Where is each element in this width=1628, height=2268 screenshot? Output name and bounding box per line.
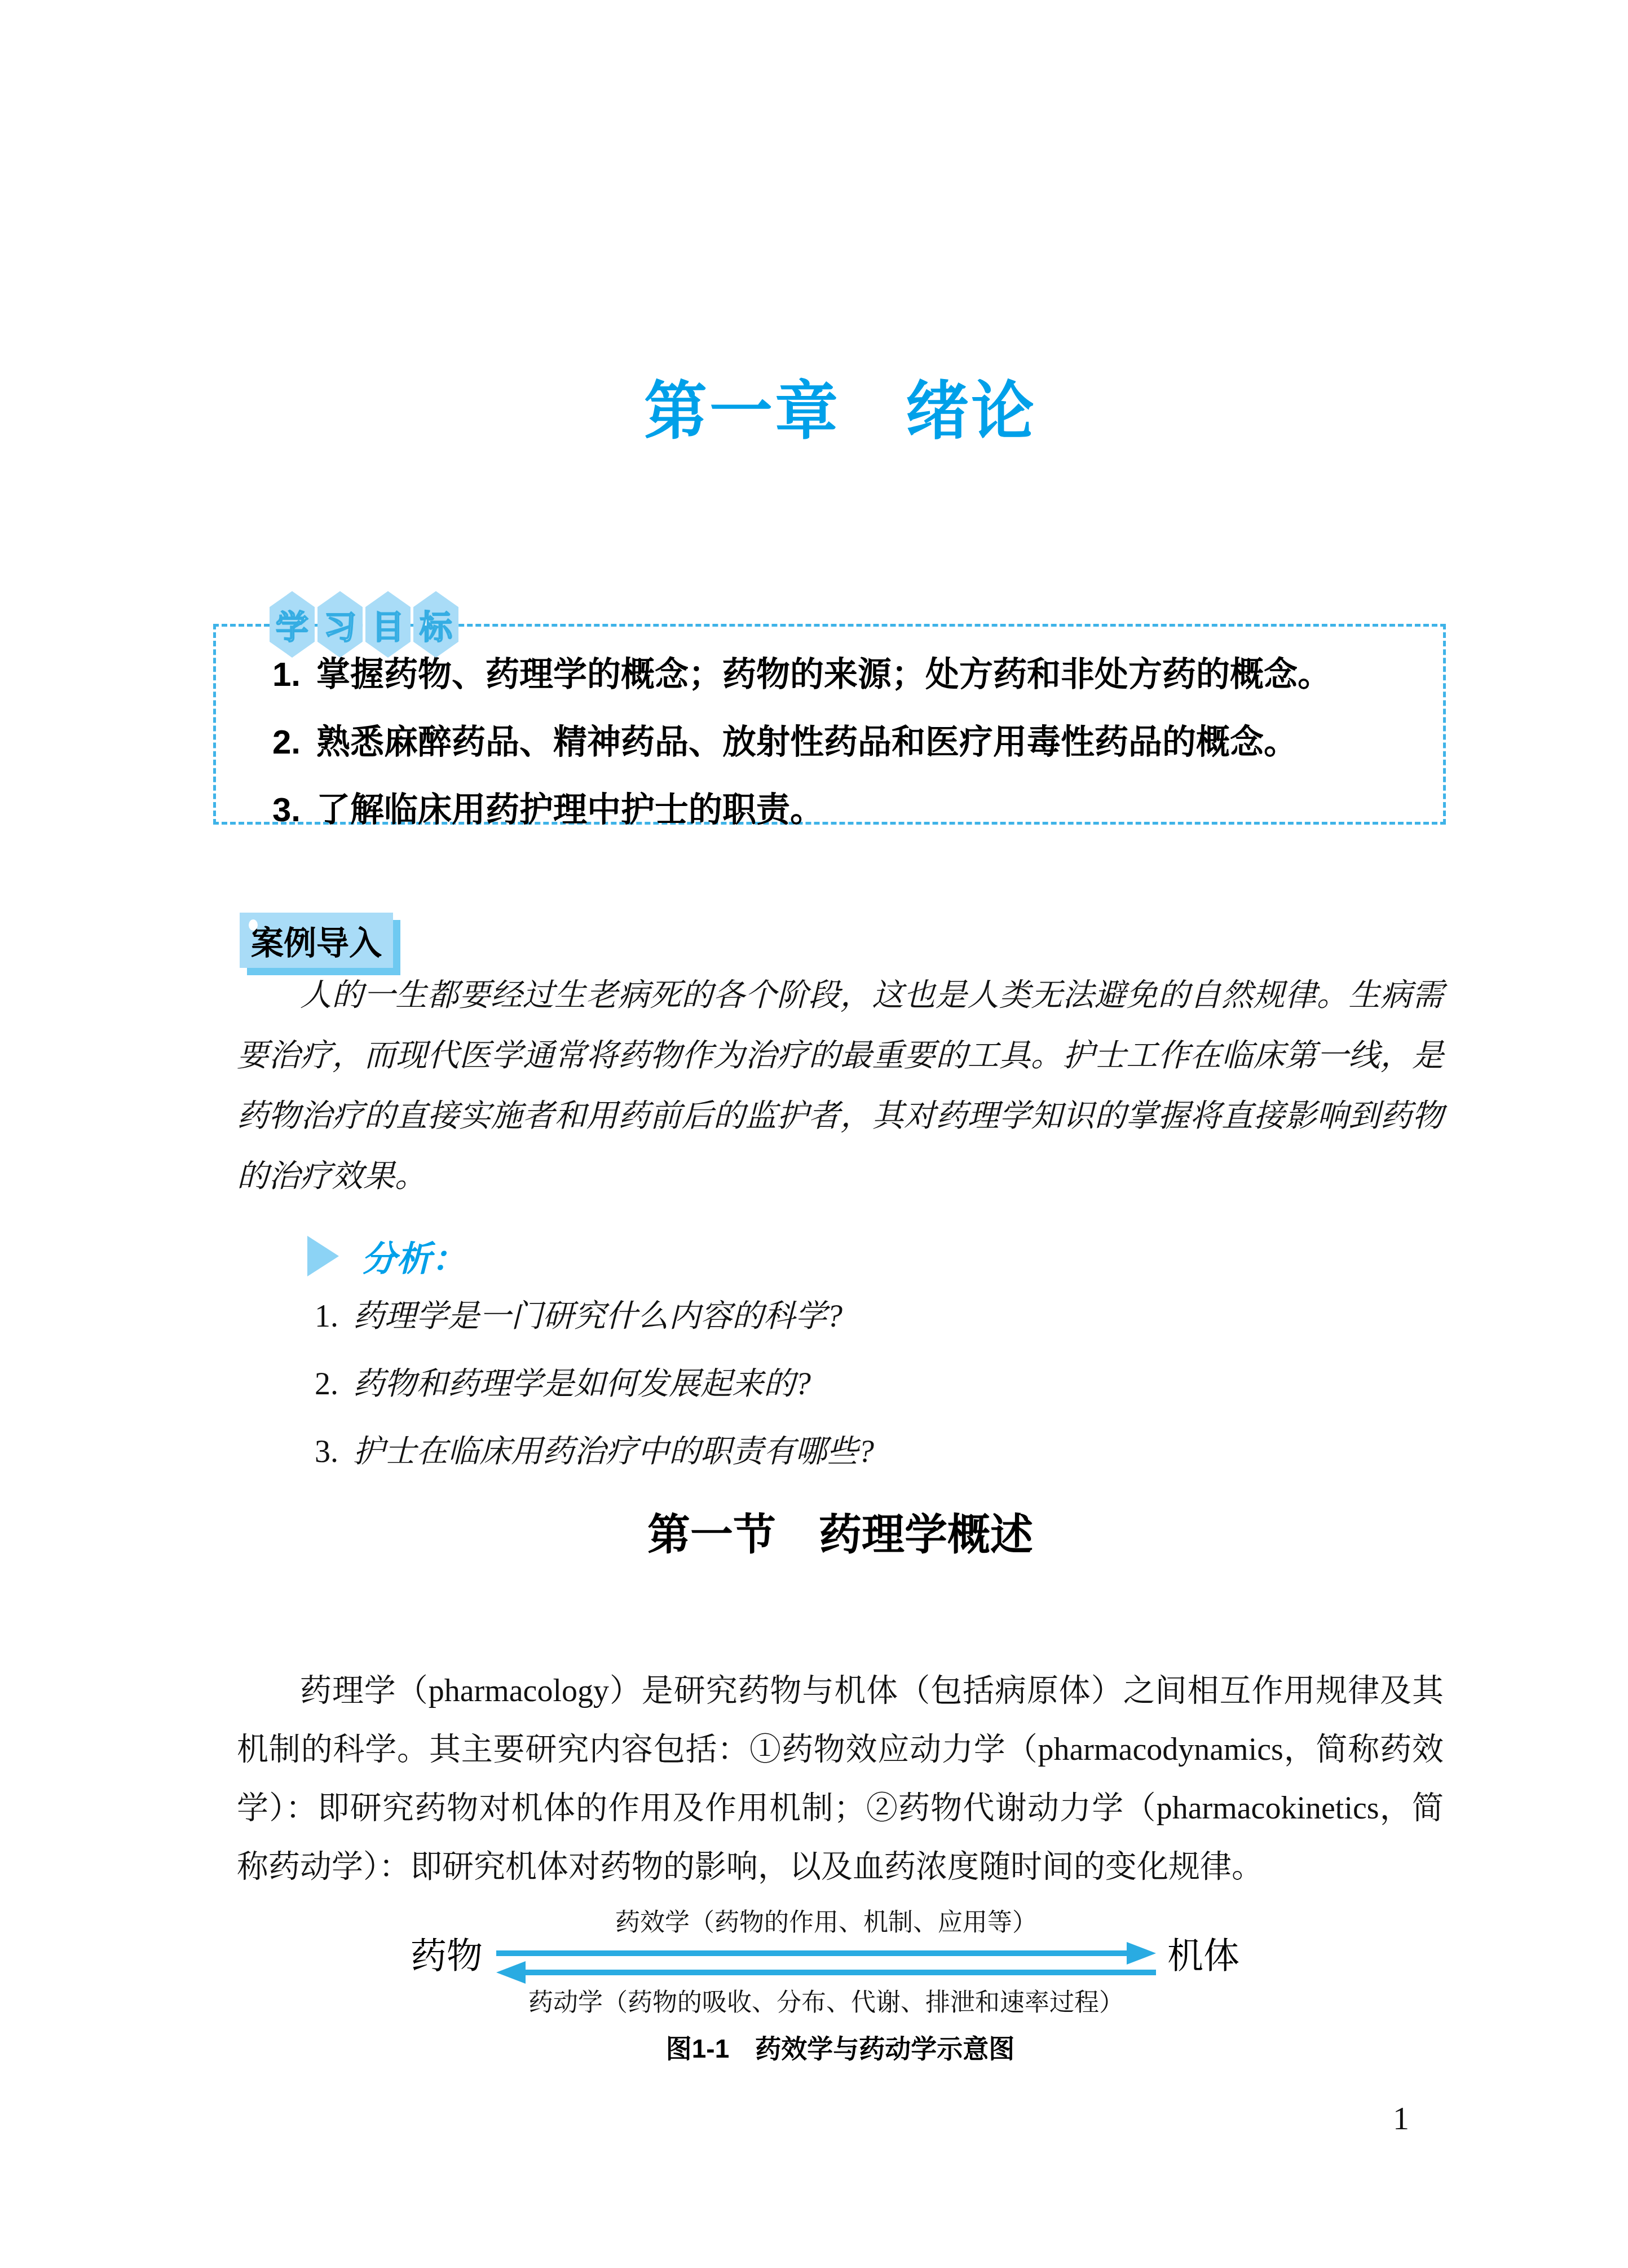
question-text: 药理学是一门研究什么内容的科学? (353, 1298, 842, 1335)
page-number: 1 (1393, 2099, 1409, 2137)
right-arrow-bar-icon (496, 1950, 1127, 1956)
objective-number: 3. (272, 791, 301, 829)
figure-top-arrow-label: 药效学（药物的作用、机制、应用等） (496, 1902, 1156, 1938)
question-item: 1. 药理学是一门研究什么内容的科学? (315, 1298, 1386, 1335)
hexagon-badge-icon: 目 (365, 591, 411, 658)
case-intro-label-text: 案例导入 (251, 917, 382, 964)
question-number: 3. (315, 1434, 338, 1470)
textbook-page: 第一章 绪论 1. 掌握药物、药理学的概念；药物的来源；处方药和非处方药的概念。… (0, 0, 1628, 2268)
objective-number: 1. (272, 656, 301, 693)
question-text: 药物和药理学是如何发展起来的? (353, 1366, 811, 1402)
question-item: 3. 护士在临床用药治疗中的职责有哪些? (315, 1434, 1386, 1470)
case-intro-paragraph: 人的一生都要经过生老病死的各个阶段，这也是人类无法避免的自然规律。生病需要治疗，… (237, 966, 1444, 1207)
question-number: 1. (315, 1298, 338, 1335)
hexagon-badge-icon: 习 (317, 591, 363, 658)
objectives-badge: 学 习 目 标 (270, 591, 458, 658)
left-arrow-head-icon (496, 1961, 526, 1984)
right-arrow-head-icon (1127, 1942, 1156, 1965)
figure-bottom-arrow-label: 药动学（药物的吸收、分布、代谢、排泄和速率过程） (479, 1982, 1173, 2018)
hexagon-badge-icon: 学 (270, 591, 315, 658)
question-item: 2. 药物和药理学是如何发展起来的? (315, 1366, 1386, 1402)
objective-item: 1. 掌握药物、药理学的概念；药物的来源；处方药和非处方药的概念。 (272, 656, 1395, 693)
analysis-label: 分析： (361, 1231, 466, 1281)
figure-node-drug: 药物 (411, 1936, 483, 1976)
figure-diagram: 药效学（药物的作用、机制、应用等） 药物 机体 药动学（药物的吸收、分布、代谢、… (237, 1899, 1444, 2023)
objective-number: 2. (272, 724, 301, 761)
hexagon-badge-icon: 标 (413, 591, 458, 658)
objective-text: 掌握药物、药理学的概念；药物的来源；处方药和非处方药的概念。 (316, 656, 1331, 693)
chapter-title: 第一章 绪论 (237, 372, 1444, 451)
case-intro-label: 案例导入 (240, 913, 393, 968)
objectives-list: 1. 掌握药物、药理学的概念；药物的来源；处方药和非处方药的概念。 2. 熟悉麻… (272, 656, 1395, 859)
objective-item: 3. 了解临床用药护理中护士的职责。 (272, 791, 1395, 829)
label-dot-icon (249, 919, 258, 931)
question-number: 2. (315, 1366, 338, 1402)
left-arrow-bar-icon (526, 1970, 1156, 1975)
objective-text: 了解临床用药护理中护士的职责。 (316, 791, 824, 829)
objective-item: 2. 熟悉麻醉药品、精神药品、放射性药品和医疗用毒性药品的概念。 (272, 724, 1395, 761)
section-paragraph: 药理学（pharmacology）是研究药物与机体（包括病原体）之间相互作用规律… (237, 1662, 1444, 1896)
figure-caption: 图1-1 药效学与药动学示意图 (237, 2028, 1444, 2066)
section-title: 第一节 药理学概述 (237, 1500, 1444, 1562)
analysis-row: 分析： (307, 1231, 466, 1281)
figure-node-body: 机体 (1167, 1936, 1239, 1976)
objective-text: 熟悉麻醉药品、精神药品、放射性药品和医疗用毒性药品的概念。 (316, 724, 1298, 761)
question-text: 护士在临床用药治疗中的职责有哪些? (353, 1434, 874, 1470)
analysis-questions: 1. 药理学是一门研究什么内容的科学? 2. 药物和药理学是如何发展起来的? 3… (315, 1298, 1386, 1501)
triangle-arrow-icon (307, 1236, 339, 1276)
